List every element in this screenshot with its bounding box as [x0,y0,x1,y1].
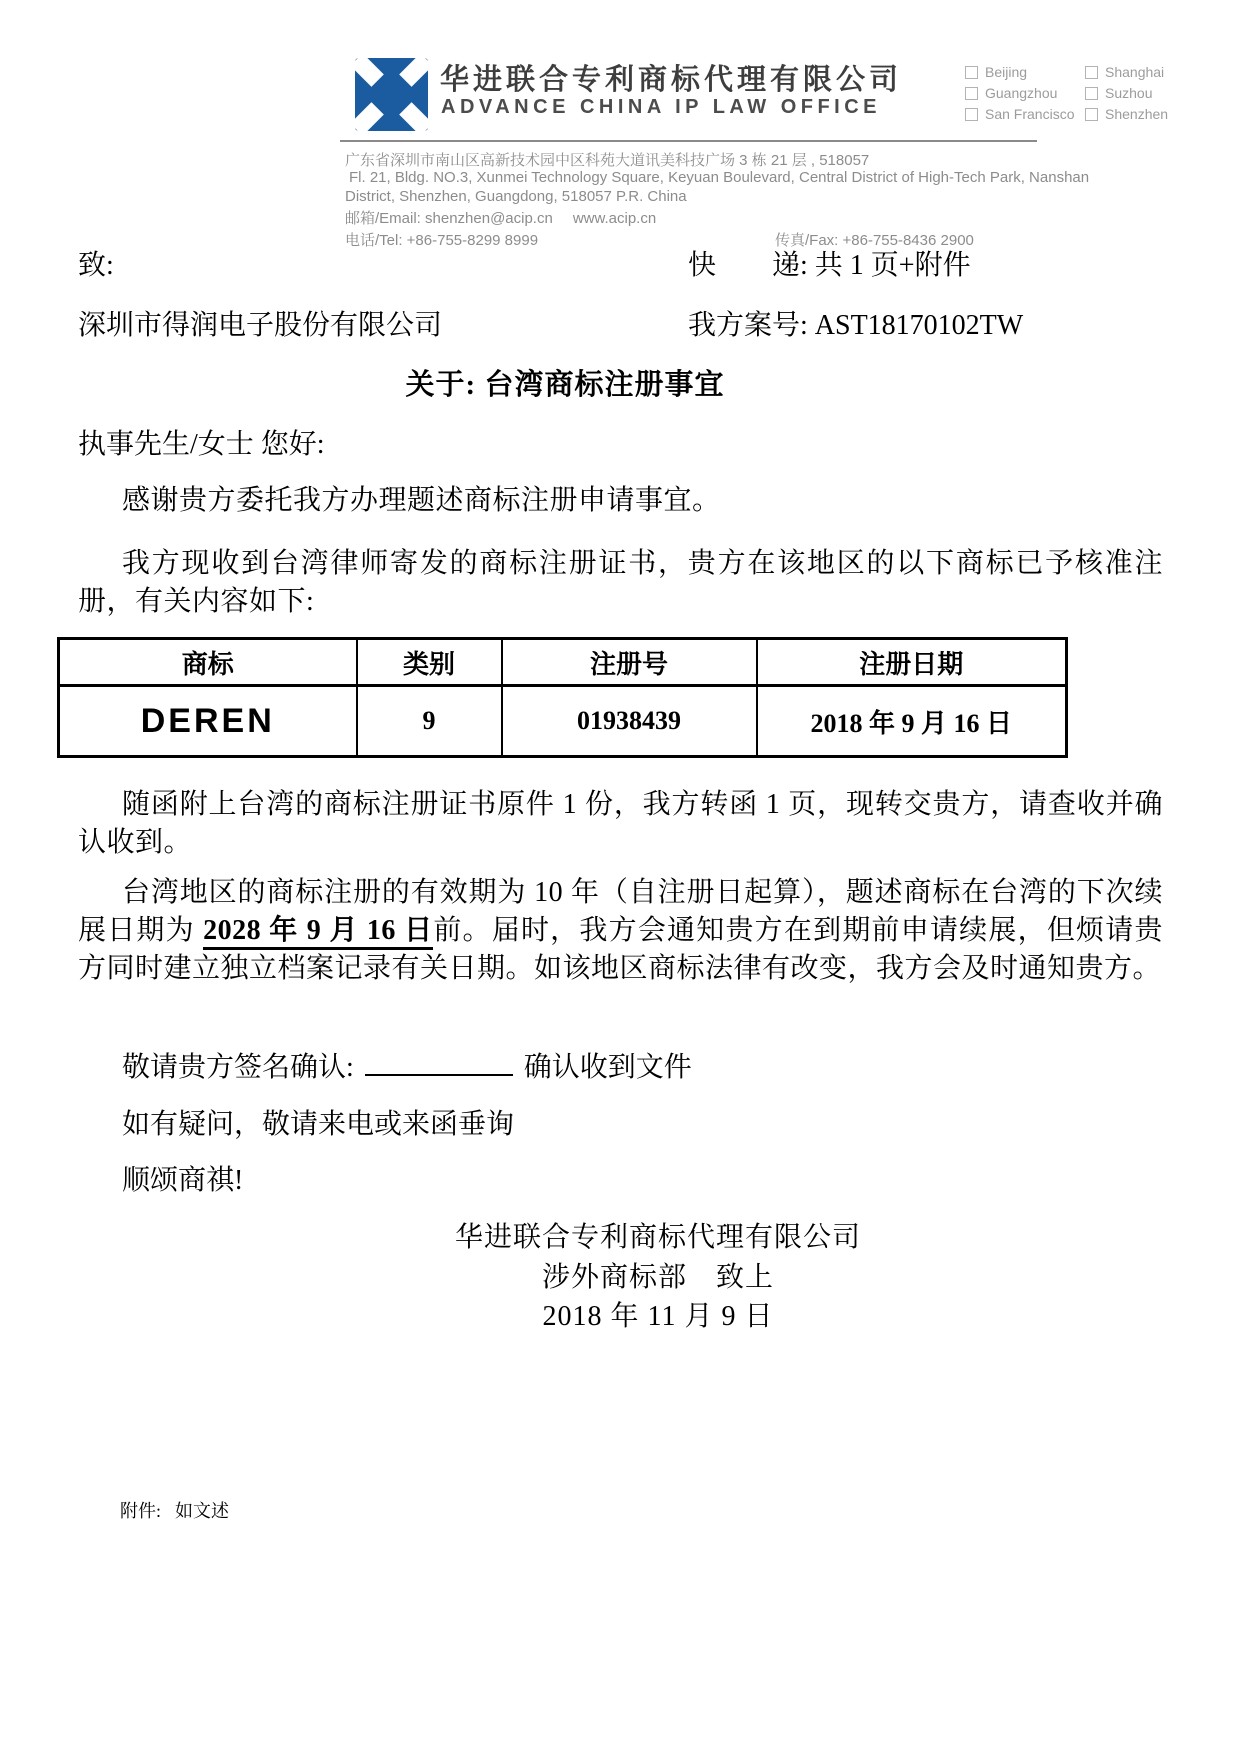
contact-note: 如有疑问，敬请来电或来函垂询 [122,1102,514,1142]
attachment-label: 附件: [120,1501,161,1521]
header-registration-number: 注册号 [502,639,757,686]
checkbox-icon [965,87,978,100]
office-item-suzhou: Suzhou [1085,83,1168,103]
office-label: Guangzhou [985,85,1057,101]
company-name-cn: 华进联合专利商标代理有限公司 [440,57,902,98]
closing-phrase: 顺颂商祺! [122,1158,243,1198]
website-url: www.acip.cn [573,210,656,227]
courier-info: 快 递: 共 1 页+附件 [688,243,971,283]
office-label: Shenzhen [1105,106,1168,122]
signature-date: 2018 年 11 月 9 日 [78,1294,1238,1334]
salutation: 执事先生/女士 您好: [78,422,325,462]
header-registration-date: 注册日期 [757,639,1067,686]
signature-confirm-text: 确认收到文件 [524,1052,692,1083]
letter-page: 华进联合专利商标代理有限公司 ADVANCE CHINA IP LAW OFFI… [0,0,1241,1755]
office-label: San Francisco [985,106,1074,122]
company-name-en: ADVANCE CHINA IP LAW OFFICE [441,96,881,119]
header-divider [340,140,1037,142]
signature-company: 华进联合专利商标代理有限公司 [78,1215,1238,1255]
checkbox-icon [965,108,978,121]
signature-blank-line [365,1046,513,1076]
paragraph-thanks: 感谢贵方委托我方办理题述商标注册申请事宜。 [78,482,1163,520]
checkbox-icon [1085,108,1098,121]
to-label: 致: [78,243,114,283]
office-label: Suzhou [1105,85,1152,101]
attachment-line: 附件:如文述 [120,1497,229,1523]
email-website-line: 邮箱/Email: shenzhen@acip.cnwww.acip.cn [345,207,656,228]
renewal-date: 2028 年 9 月 16 日 [203,915,433,950]
case-number: 我方案号: AST18170102TW [688,303,1023,343]
office-item-guangzhou: Guangzhou [965,83,1074,103]
checkbox-icon [1085,87,1098,100]
registration-number-cell: 01938439 [502,686,757,757]
office-item-shanghai: Shanghai [1085,62,1168,82]
checkbox-icon [965,66,978,79]
subject-title: 关于: 台湾商标注册事宜 [0,362,1130,403]
office-item-beijing: Beijing [965,62,1074,82]
checkbox-icon [1085,66,1098,79]
paragraph-received: 我方现收到台湾律师寄发的商标注册证书，贵方在该地区的以下商标已予核准注册，有关内… [78,545,1163,621]
telephone-number: 电话/Tel: +86-755-8299 8999 [345,229,538,250]
office-list-col1: Beijing Guangzhou San Francisco [965,62,1074,125]
recipient-name: 深圳市得润电子股份有限公司 [78,303,442,343]
office-list-col2: Shanghai Suzhou Shenzhen [1085,62,1168,125]
header-trademark: 商标 [59,639,357,686]
attachment-value: 如文述 [175,1501,229,1521]
signature-request-line: 敬请贵方签名确认: 确认收到文件 [122,1045,692,1085]
office-label: Beijing [985,64,1027,80]
signature-request-label: 敬请贵方签名确认: [122,1052,354,1083]
address-en-line2: District, Shenzhen, Guangdong, 518057 P.… [345,188,687,205]
paragraph-validity: 台湾地区的商标注册的有效期为 10 年（自注册日起算），题述商标在台湾的下次续展… [78,874,1163,988]
trademark-table: 商标 类别 注册号 注册日期 DEREN 9 01938439 2018 年 9… [57,637,1068,758]
office-item-san-francisco: San Francisco [965,104,1074,124]
address-en-line1: Fl. 21, Bldg. NO.3, Xunmei Technology Sq… [349,169,1089,186]
signature-department: 涉外商标部 致上 [78,1255,1238,1295]
header-class: 类别 [357,639,502,686]
paragraph-enclosed: 随函附上台湾的商标注册证书原件 1 份，我方转函 1 页，现转交贵方，请查收并确… [78,786,1163,862]
table-row: DEREN 9 01938439 2018 年 9 月 16 日 [59,686,1067,757]
table-header-row: 商标 类别 注册号 注册日期 [59,639,1067,686]
class-cell: 9 [357,686,502,757]
email-address: 邮箱/Email: shenzhen@acip.cn [345,210,553,227]
acip-logo-icon [355,58,428,131]
office-label: Shanghai [1105,64,1164,80]
address-cn: 广东省深圳市南山区高新技术园中区科苑大道讯美科技广场 3 栋 21 层 , 51… [345,149,869,170]
deren-trademark-logo: DEREN [141,702,275,740]
office-item-shenzhen: Shenzhen [1085,104,1168,124]
registration-date-cell: 2018 年 9 月 16 日 [757,686,1067,757]
